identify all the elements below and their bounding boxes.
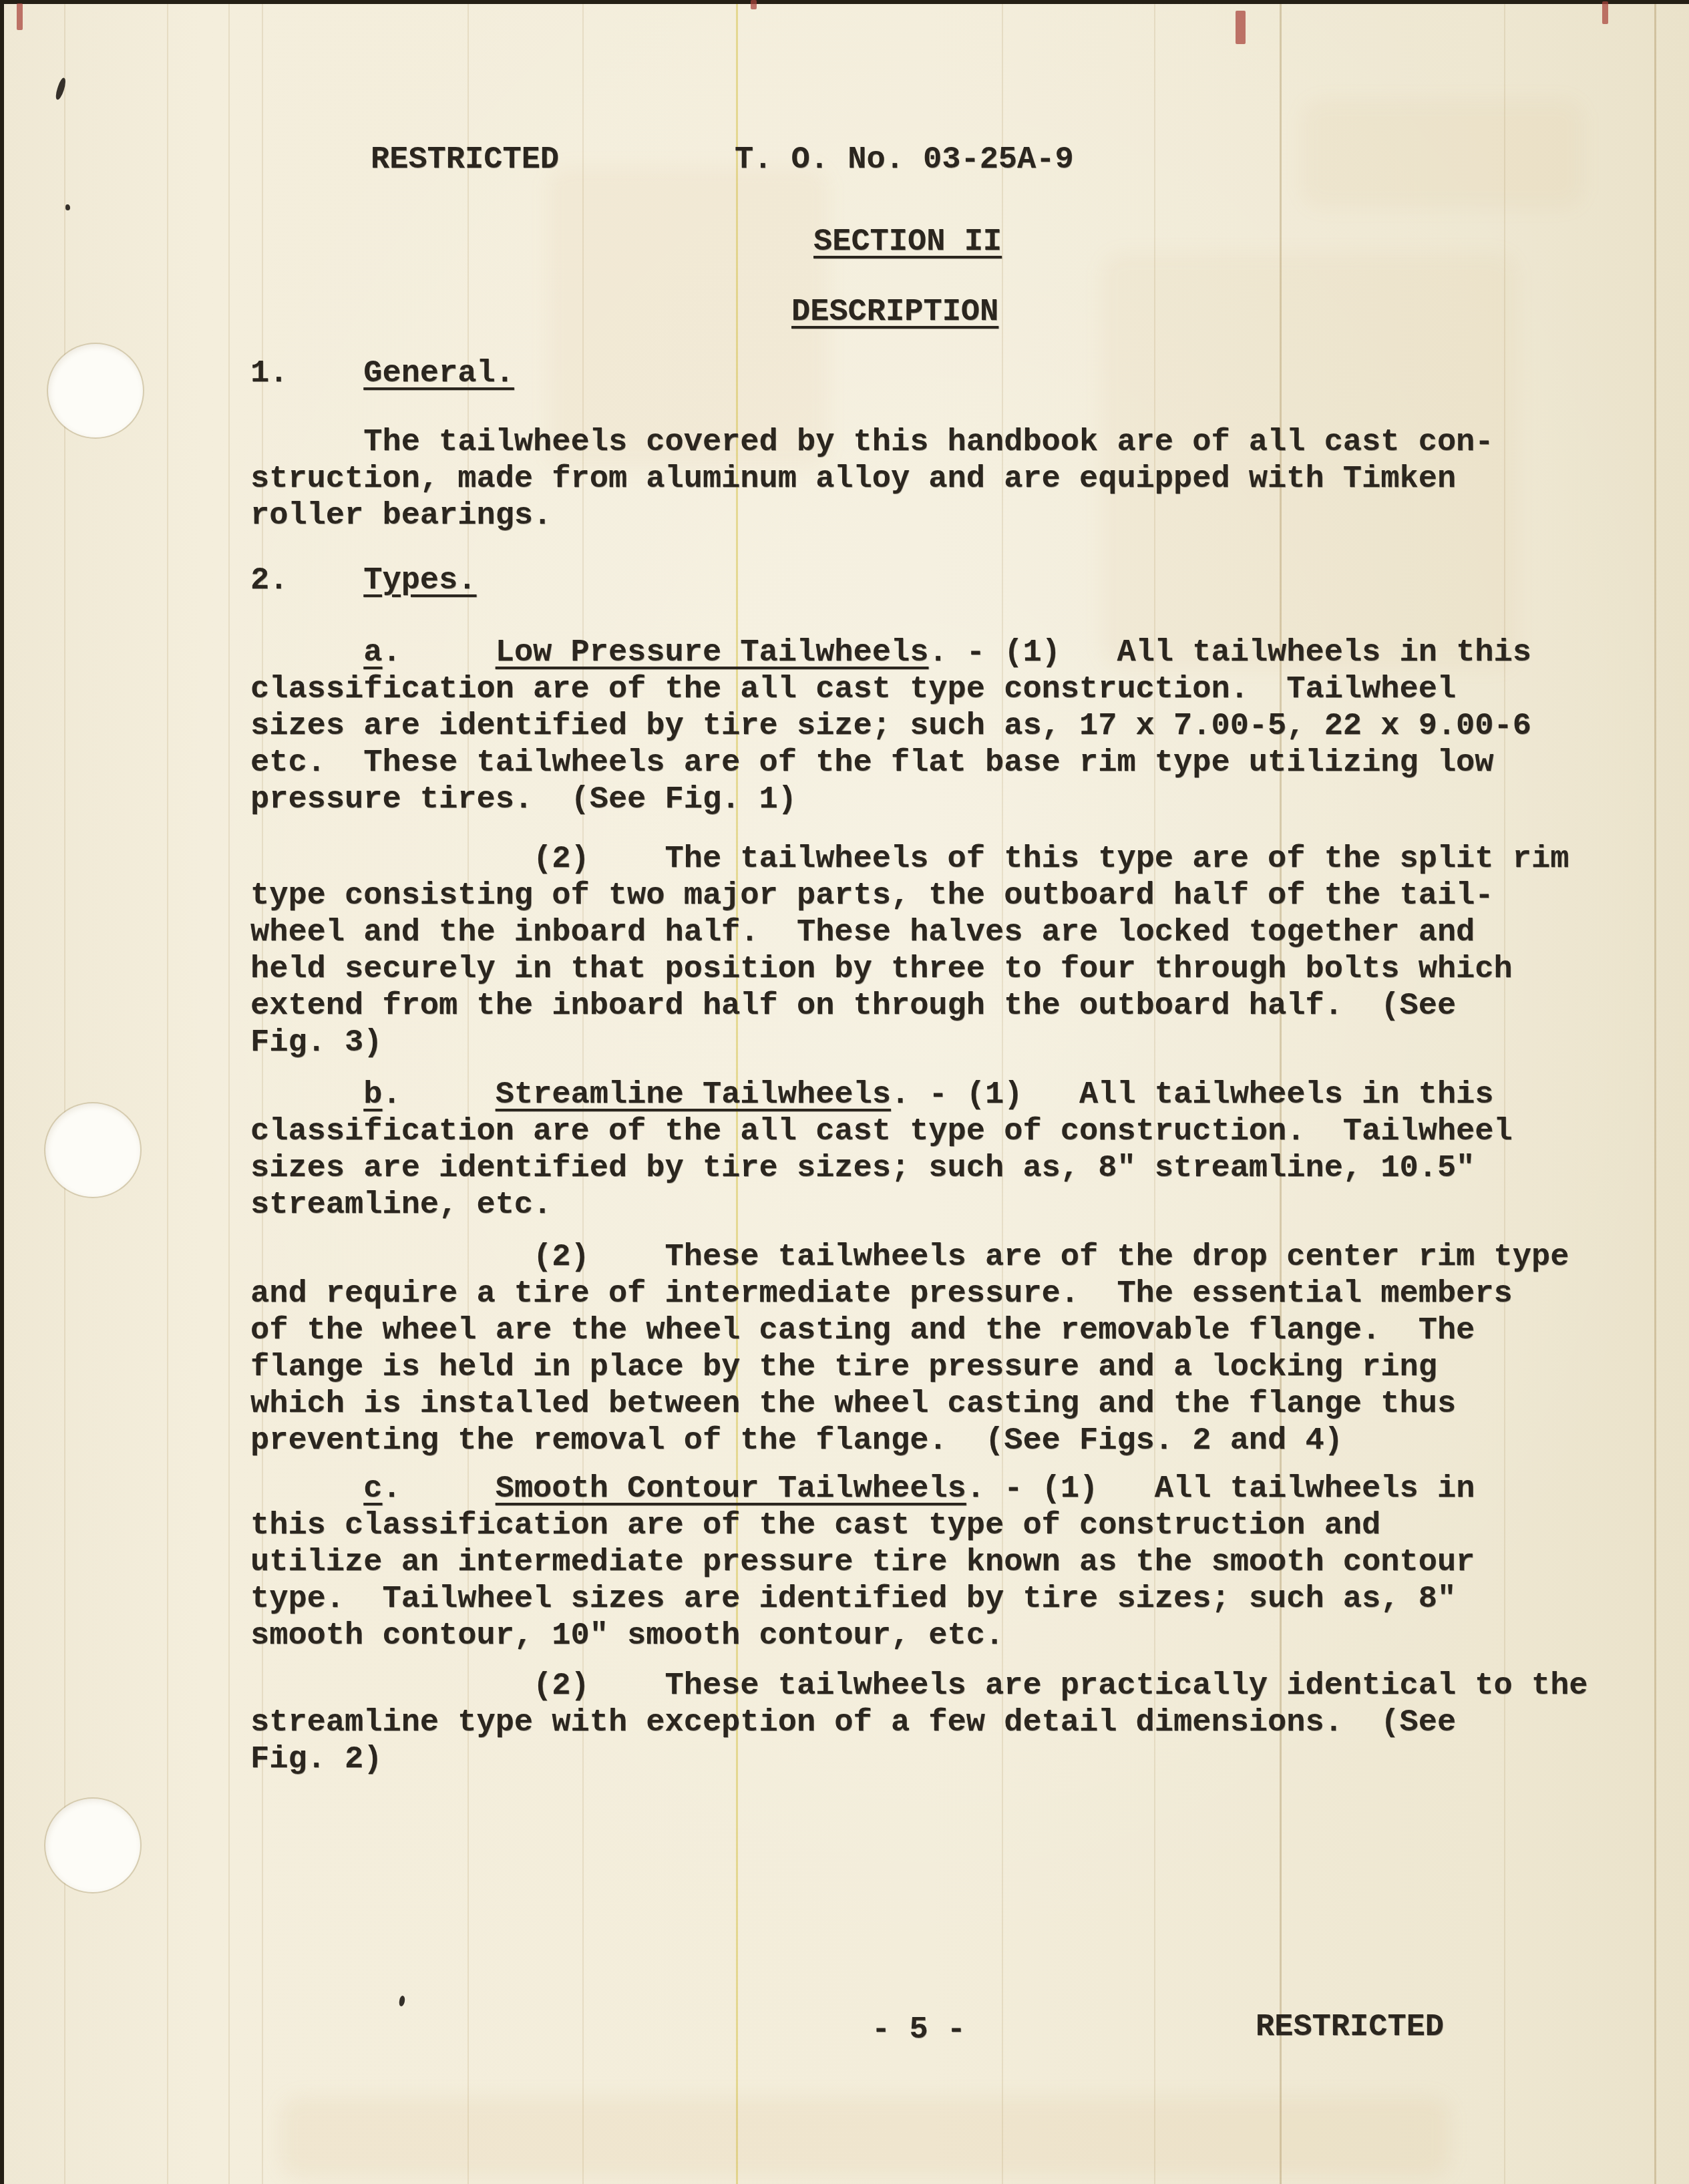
punch-hole <box>45 1799 140 1892</box>
item-number: 1. <box>250 356 288 391</box>
paragraph-c2: (2) These tailwheels are practically ide… <box>250 1668 1613 1778</box>
section-subtitle: DESCRIPTION <box>791 294 998 331</box>
red-ink-speck <box>1602 1 1608 24</box>
paragraph-letter: a <box>363 635 382 671</box>
paragraph-title: Low Pressure Tailwheels <box>496 635 929 671</box>
scanned-document-page: RESTRICTED T. O. No. 03-25A-9 SECTION II… <box>0 0 1689 2184</box>
paragraph-c: c. Smooth Contour Tailwheels. - (1) All … <box>250 1471 1613 1654</box>
paragraph-letter: c <box>363 1471 382 1507</box>
item-label: Types. <box>363 563 476 598</box>
heading-general: 1. General. <box>250 355 1613 392</box>
scan-edge-left <box>0 0 4 2184</box>
heading-types: 2. Types. <box>250 562 1613 599</box>
section-title: SECTION II <box>813 224 1002 260</box>
red-ink-speck <box>751 0 757 9</box>
paper-crease <box>228 0 230 2184</box>
bleed-through-ghost <box>548 167 828 468</box>
punch-hole <box>48 344 143 437</box>
paragraph-general-body: The tailwheels covered by this handbook … <box>250 424 1613 534</box>
header-classification: RESTRICTED <box>371 142 559 178</box>
paragraph-letter: b <box>363 1077 382 1113</box>
header-to-number: T. O. No. 03-25A-9 <box>735 142 1074 178</box>
scan-edge-top <box>0 0 1689 4</box>
paragraph-title: Streamline Tailwheels <box>496 1077 891 1113</box>
red-ink-speck <box>1236 11 1246 44</box>
ink-dot <box>65 204 70 210</box>
paragraph-a: a. Low Pressure Tailwheels. - (1) All ta… <box>250 634 1613 818</box>
item-label: General. <box>363 356 514 391</box>
punch-hole <box>45 1103 140 1197</box>
item-number: 2. <box>250 563 288 598</box>
ink-squiggle <box>54 77 67 100</box>
paragraph-b: b. Streamline Tailwheels. - (1) All tail… <box>250 1077 1613 1224</box>
paper-crease <box>1654 0 1656 2184</box>
paragraph-b2: (2) These tailwheels are of the drop cen… <box>250 1239 1613 1459</box>
red-ink-speck <box>17 3 23 30</box>
paragraph-a2: (2) The tailwheels of this type are of t… <box>250 841 1613 1061</box>
ink-apostrophe <box>398 1995 405 2006</box>
bleed-through-ghost <box>280 2097 1449 2177</box>
footer-classification: RESTRICTED <box>1256 2009 1444 2046</box>
footer-page-number: - 5 - <box>872 2012 966 2048</box>
paper-crease <box>167 0 168 2184</box>
bleed-through-ghost <box>1302 100 1583 207</box>
paragraph-title: Smooth Contour Tailwheels <box>496 1471 966 1507</box>
